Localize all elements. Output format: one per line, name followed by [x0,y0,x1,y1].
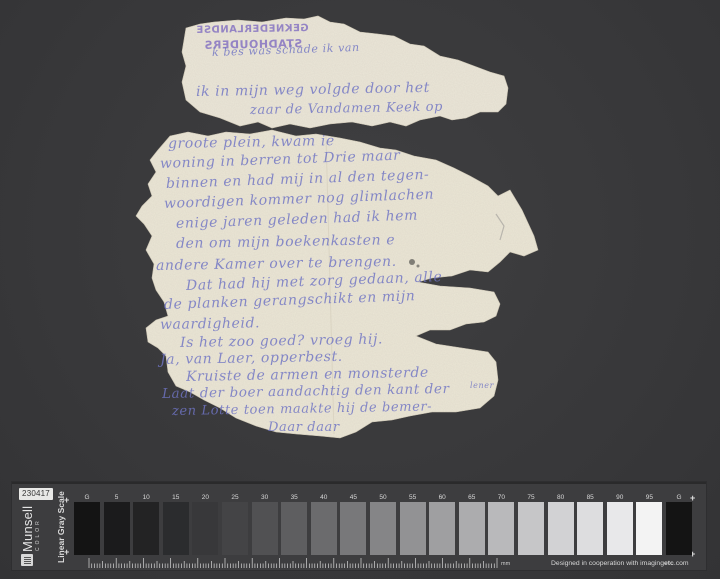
patch-label: 35 [281,494,307,501]
ruler-unit: mm [501,561,510,567]
patch-label: 75 [518,494,544,501]
gray-patch [548,502,574,555]
gray-patch [459,502,485,555]
patch-label: 65 [459,494,485,501]
gray-patch [370,502,396,555]
brand-subtitle: COLOR [35,518,41,551]
gray-patch [577,502,603,555]
gray-patch [607,502,633,555]
credit-text: Designed in cooperation with imagingetc.… [551,560,689,567]
gray-patch [400,502,426,555]
handwriting-line: waardigheid. [160,315,260,333]
gray-patch [518,502,544,555]
patch-label: 80 [548,494,574,501]
patch-label: 20 [192,494,218,501]
gray-patch [636,502,662,555]
margin-note: lener [470,381,494,390]
gray-patch [488,502,514,555]
handwriting-line: groote plein, kwam ie [168,133,335,152]
patch-label: 5 [104,494,130,501]
gray-patch [163,502,189,555]
gray-patch [192,502,218,555]
patch-label: 70 [488,494,514,501]
gray-patch [74,502,100,555]
patch-label: 30 [252,494,278,501]
photo-stage: GEKNEDERLANDSE STADHOUDERS k bes was sch… [0,0,720,579]
patch-label: 45 [340,494,366,501]
patch-label: G [666,494,692,501]
gray-patch [104,502,130,555]
gray-patch [666,502,692,555]
munsell-brand: Munsell COLOR [18,492,58,562]
registration-mark-icon: + [64,496,69,505]
mm-ruler [88,558,498,568]
gray-patch [222,502,248,555]
stamp-line-1: GEKNEDERLANDSE [196,23,309,36]
patch-label: G [74,494,100,501]
patch-label: 55 [400,494,426,501]
patch-label: 90 [607,494,633,501]
munsell-logo-icon [21,554,33,566]
letter-fragment: GEKNEDERLANDSE STADHOUDERS k bes was sch… [0,0,720,480]
gray-patch [252,502,278,555]
gray-patch [133,502,159,555]
handwriting-line: Ja, van Laer, opperbest. [160,349,343,368]
gray-patch [340,502,366,555]
patch-label: 10 [133,494,159,501]
patch-label: 85 [577,494,603,501]
patch-label: 15 [163,494,189,501]
registration-mark-icon: + [64,548,69,557]
munsell-gray-scale-card: 230417 Munsell COLOR Linear Gray Scale +… [12,482,706,570]
gray-patch [311,502,337,555]
gray-patch [281,502,307,555]
patch-label: 40 [311,494,337,501]
patch-label: 25 [222,494,248,501]
patch-label: 60 [429,494,455,501]
handwriting-line: Daar daar [268,420,340,435]
patch-label: 95 [636,494,662,501]
gray-patch [429,502,455,555]
patch-label: 50 [370,494,396,501]
brand-name: Munsell [20,506,35,552]
